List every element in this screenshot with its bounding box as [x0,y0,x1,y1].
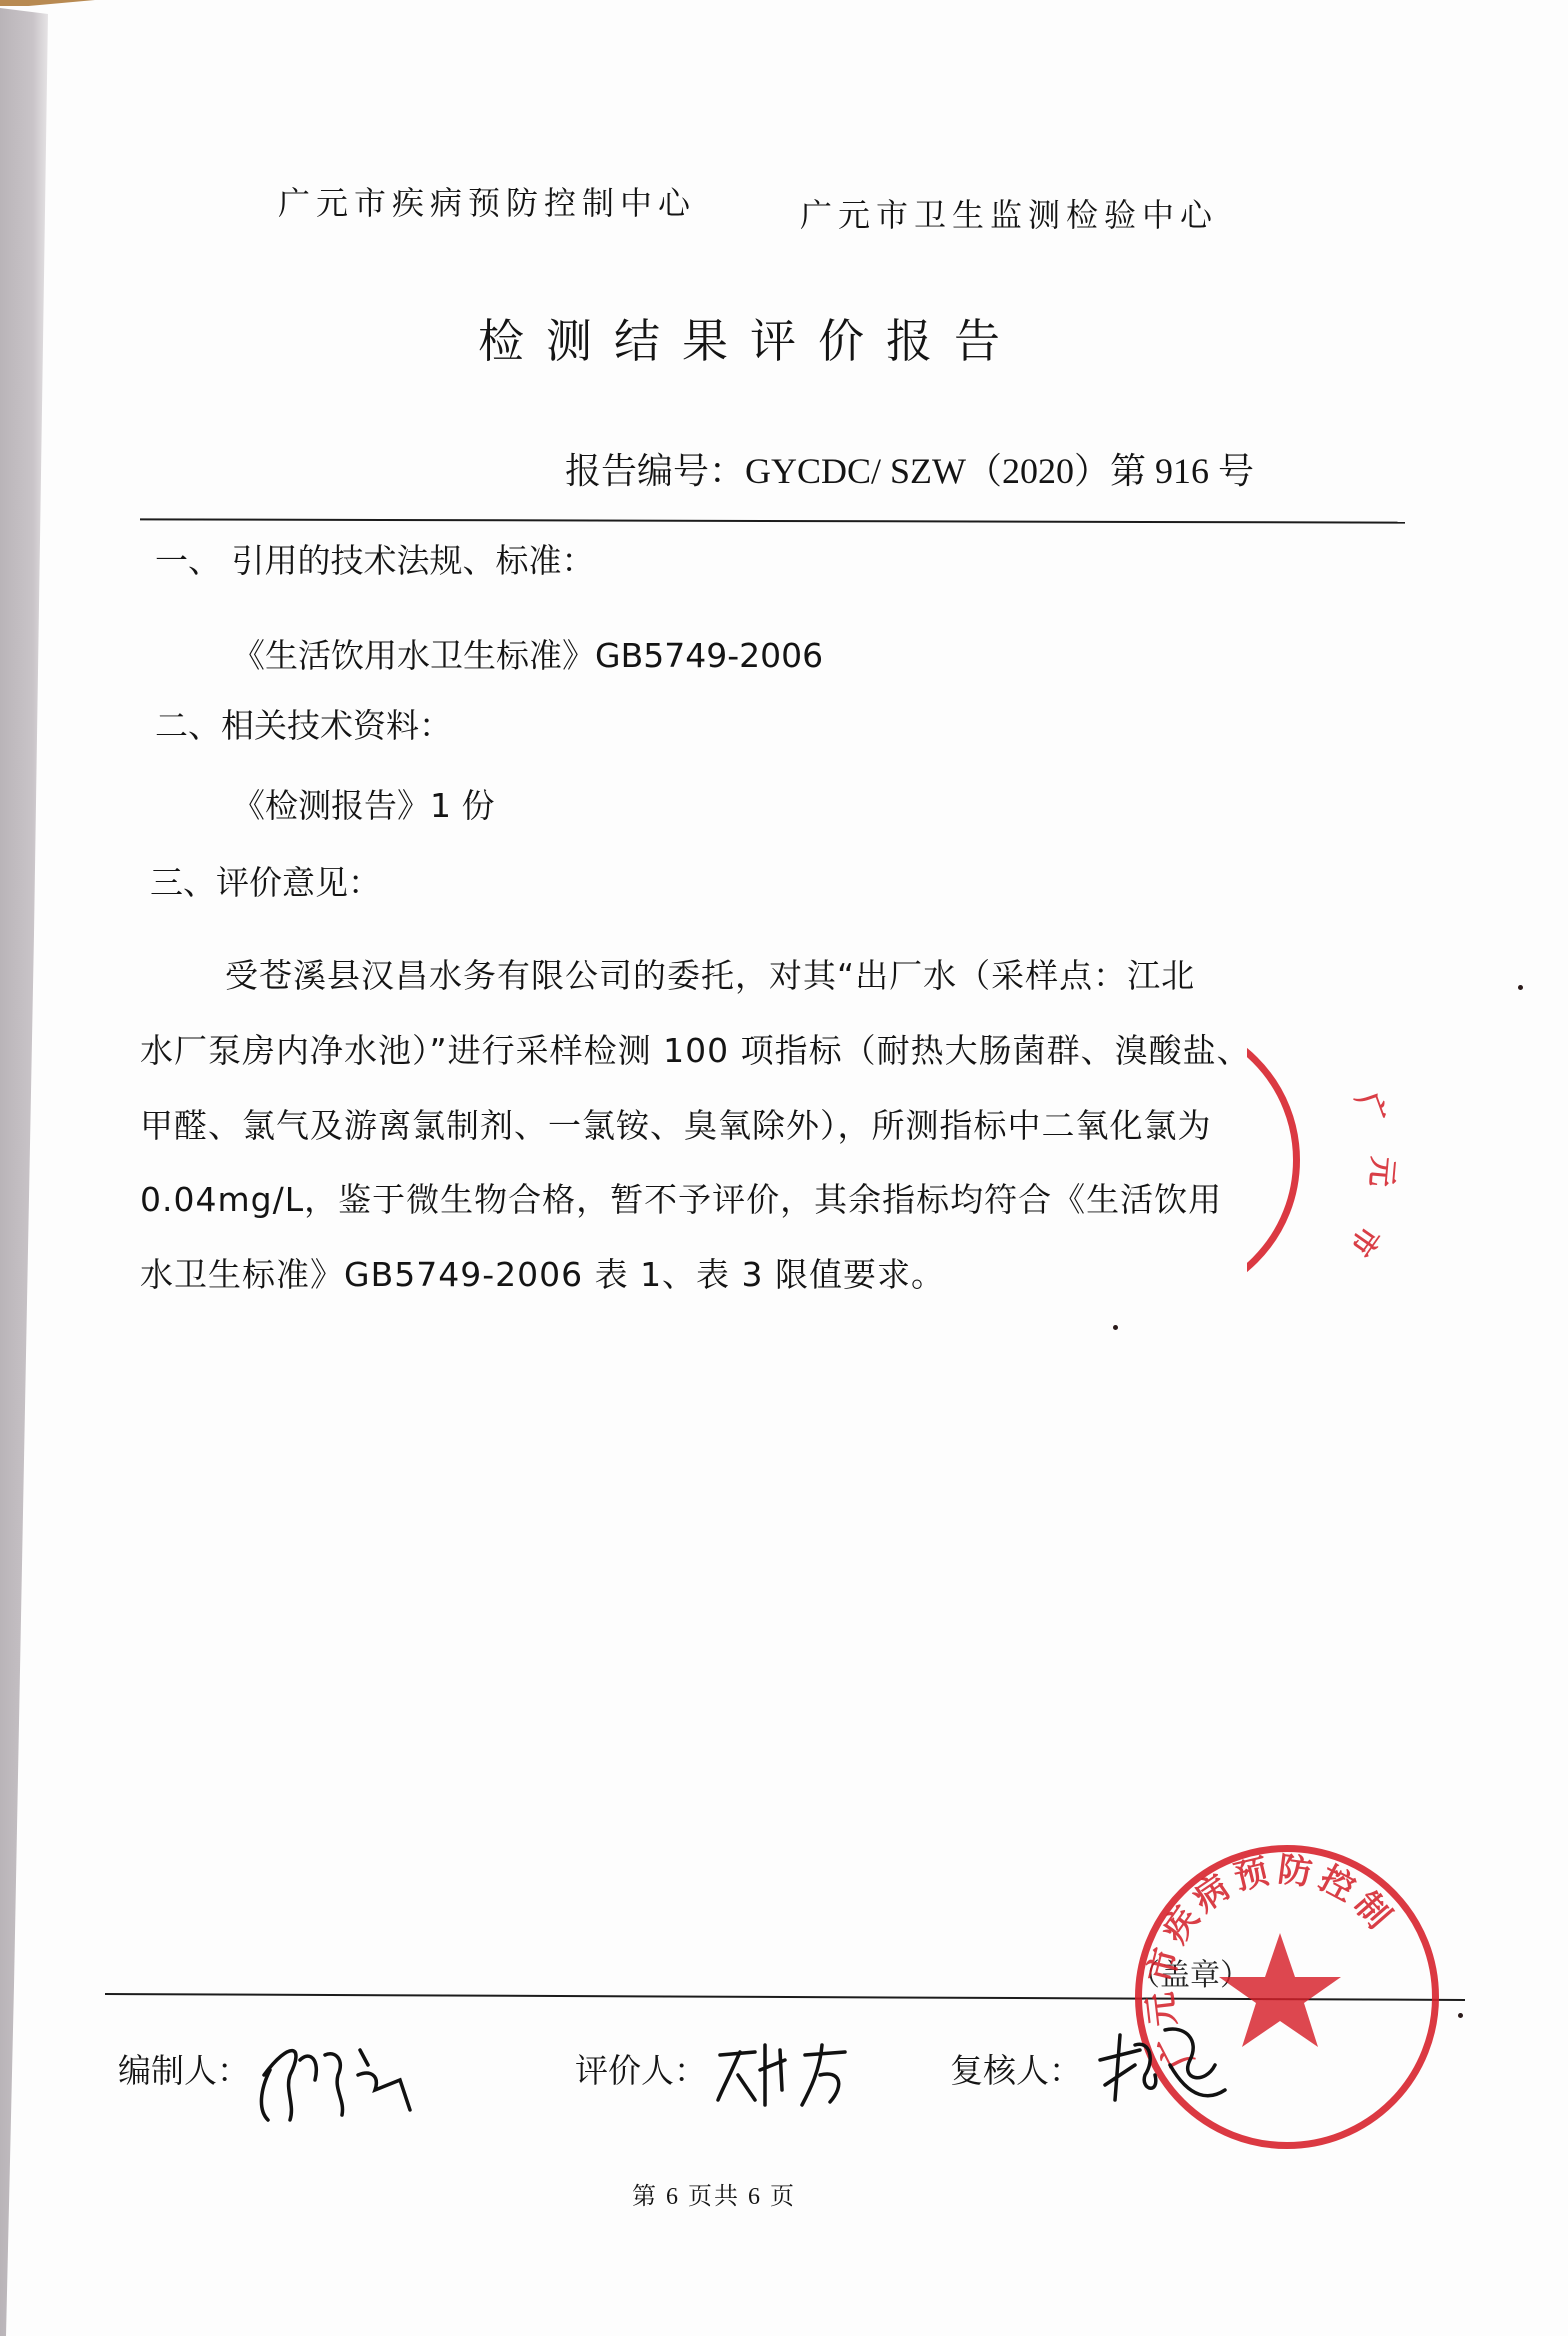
compiler-label: 编制人： [118,2045,250,2092]
section-1-content: 《生活饮用水卫生标准》GB5749-2006 [232,630,823,677]
reviewer-label: 复核人： [950,2045,1082,2092]
page-edge-shadow [0,0,60,2336]
scan-speck [1458,2013,1463,2018]
evaluation-line-3: 甲醛、氯气及游离氯制剂、一氯铵、臭氧除外），所测指标中二氧化氯为 [140,1100,1212,1147]
org-name-cdc: 广元市疾病预防控制中心 [278,178,696,224]
section-2-content: 《检测报告》1 份 [232,780,495,827]
seam-stamp-text-2: 元 [1362,1155,1408,1189]
evaluator-label: 评价人： [575,2045,707,2092]
section-1-heading: 一、 引用的技术法规、标准： [155,535,595,582]
section-2-heading: 二、相关技术资料： [155,700,452,747]
compiler-signature [250,2020,430,2130]
evaluation-line-4: 0.04mg/L，鉴于微生物合格，暂不予评价，其余指标均符合《生活饮用 [140,1174,1222,1221]
document-title: 检测结果评价报告 [478,305,1022,371]
report-number: 报告编号：GYCDC/ SZW（2020）第 916 号 [565,443,1254,494]
scan-speck [1518,985,1523,990]
org-name-inspection-center: 广元市卫生监测检验中心 [800,190,1218,236]
evaluation-line-5: 水卫生标准》GB5749-2006 表 1、表 3 限值要求。 [140,1249,945,1296]
evaluation-line-1: 受苍溪县汉昌水务有限公司的委托，对其“出厂水（采样点：江北 [225,950,1195,997]
section-3-heading: 三、评价意见： [150,857,381,904]
desk-edge-strip [0,0,95,6]
scan-speck [1113,1325,1118,1330]
evaluator-signature [710,2030,860,2110]
header-divider [140,518,1405,523]
page-indicator: 第 6 页共 6 页 [632,2176,796,2211]
evaluation-line-2: 水厂泵房内净水池）”进行采样检测 100 项指标（耐热大肠菌群、溴酸盐、 [140,1025,1251,1072]
reviewer-signature [1090,2005,1240,2115]
